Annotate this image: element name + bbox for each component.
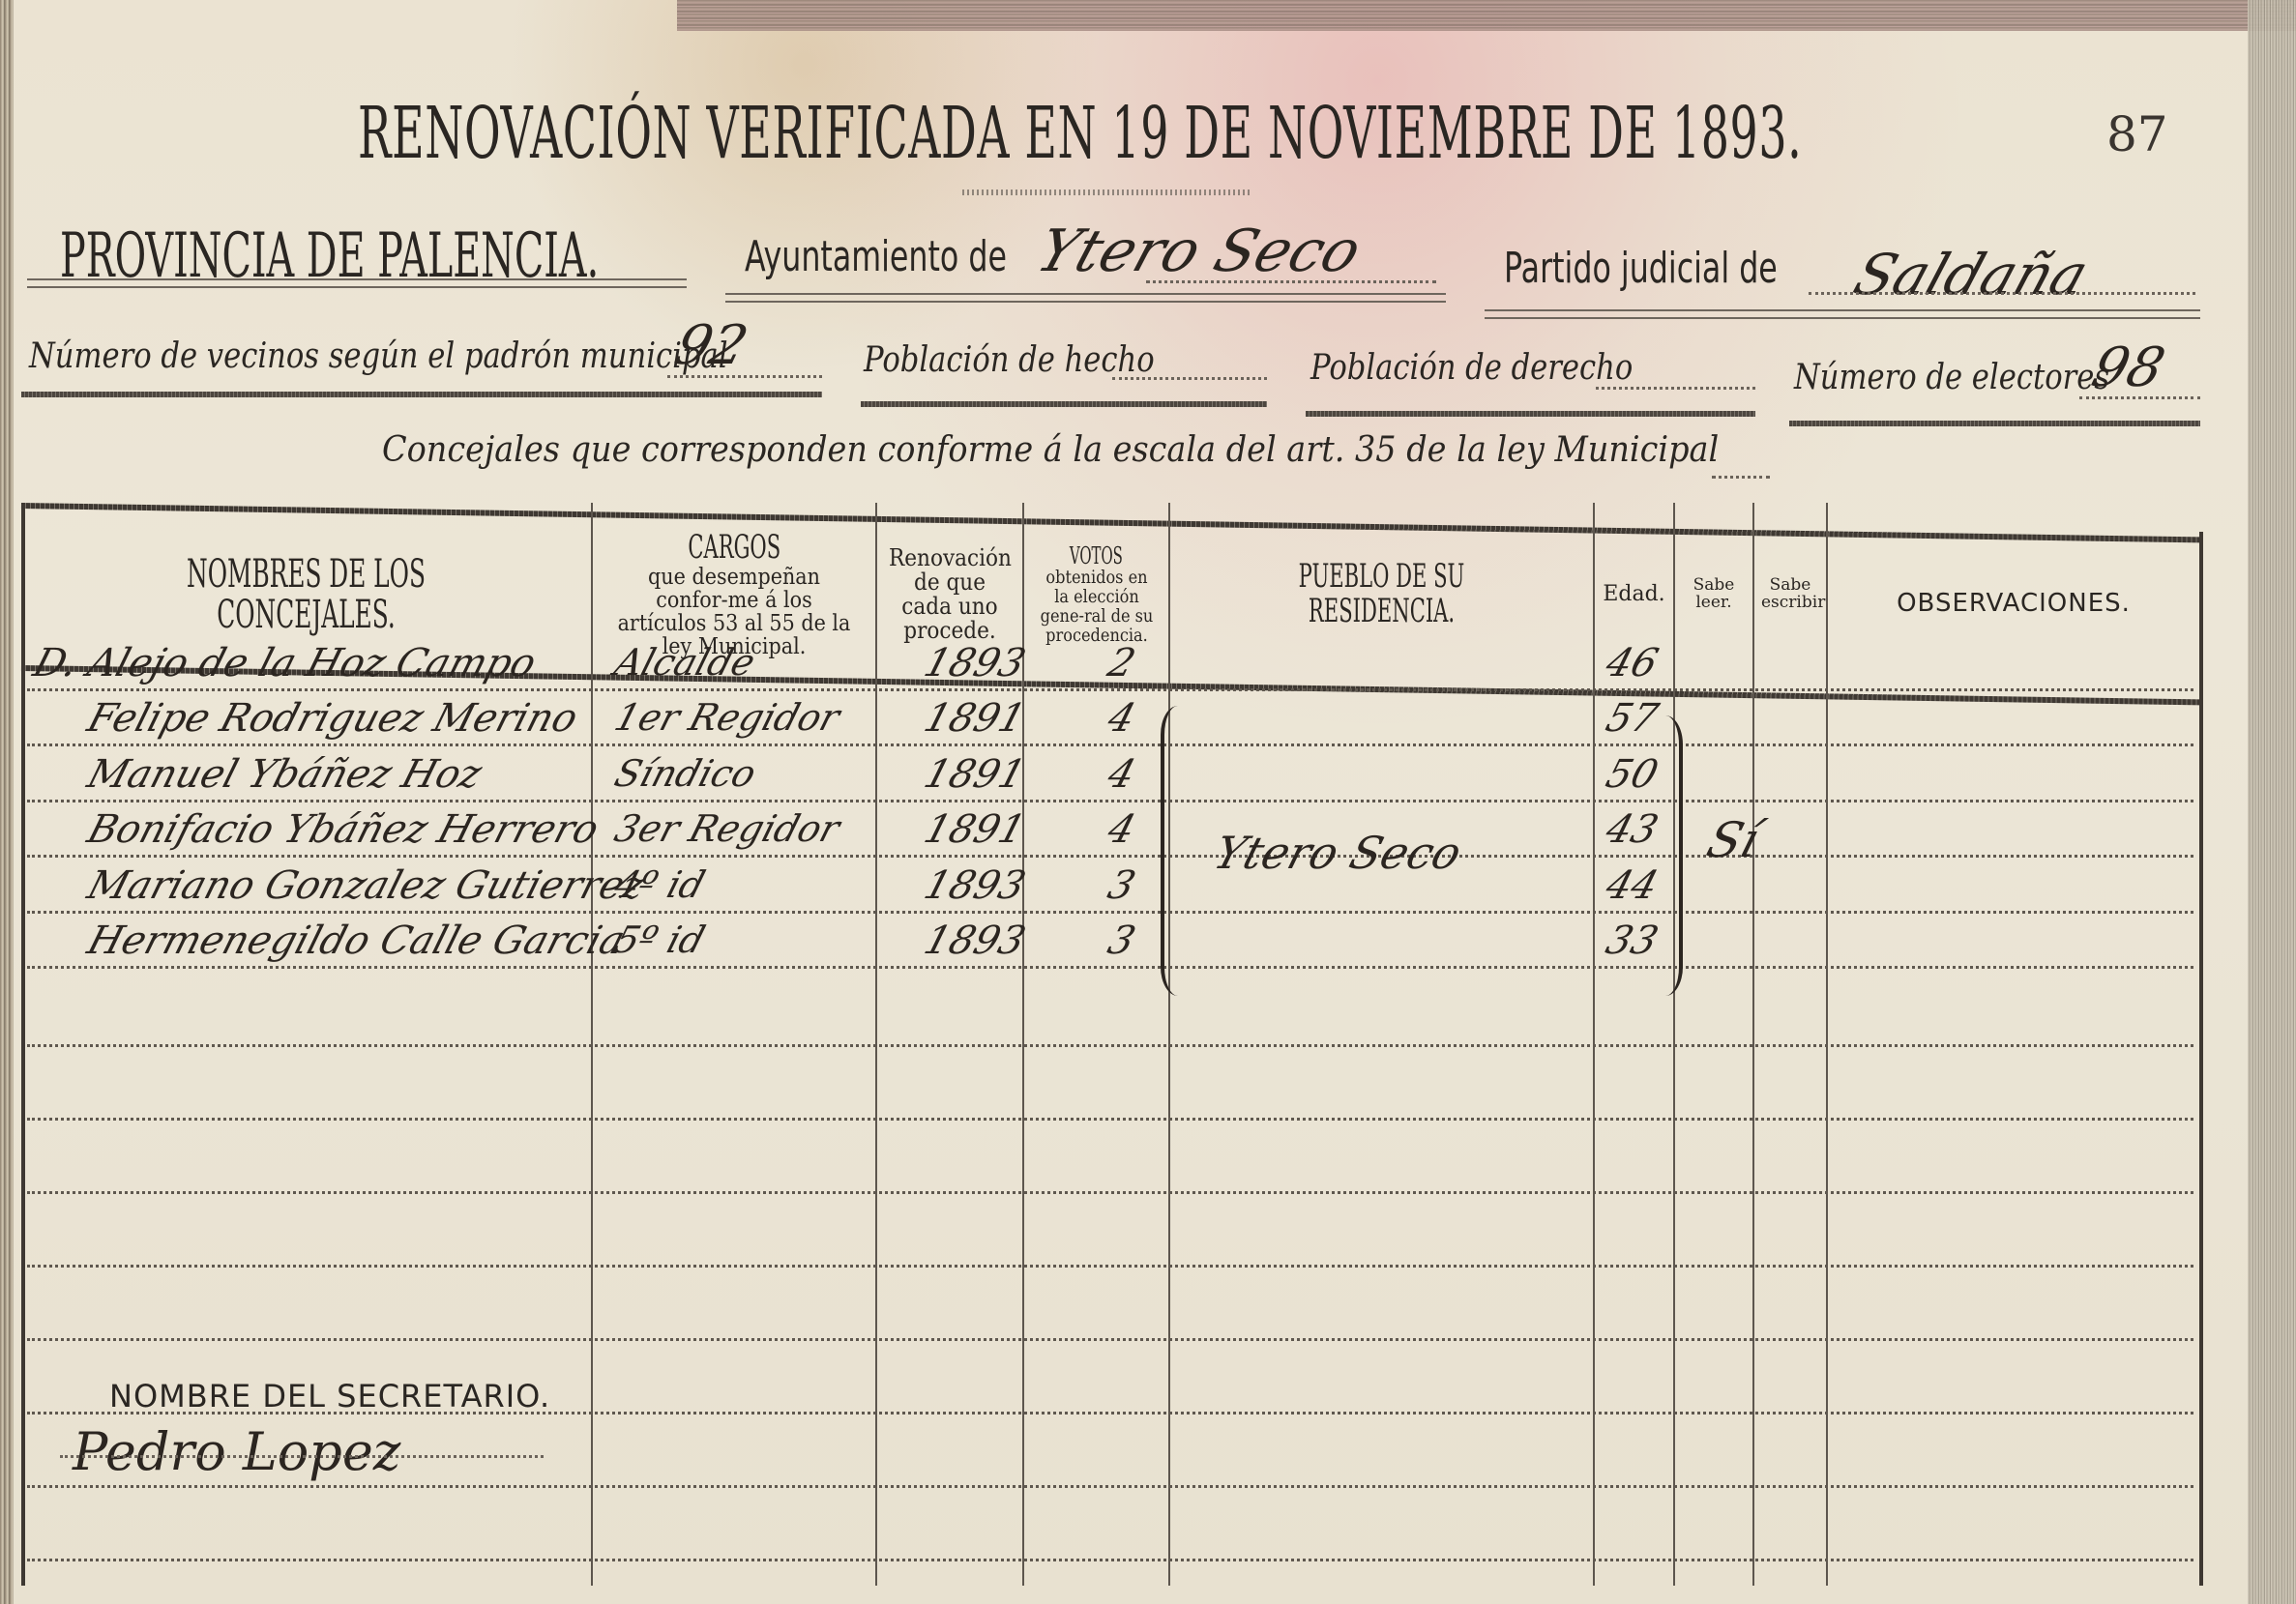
- header-votos-sub: obtenidos en la elección gene-ral de su …: [1039, 569, 1154, 646]
- row-nombre: Felipe Rodriguez Merino: [82, 696, 582, 741]
- vecinos-value: 92: [668, 314, 754, 377]
- row-line: [27, 800, 2193, 802]
- row-line: [27, 1191, 2193, 1194]
- row-cargo: 3er Regidor: [610, 807, 844, 850]
- row-edad: 50: [1601, 752, 1663, 797]
- electores-value: 98: [2085, 336, 2171, 399]
- provincia-rule: [27, 278, 687, 288]
- row-edad: 57: [1601, 696, 1663, 741]
- row-edad: 33: [1601, 919, 1663, 963]
- row-nombre: Alejo de la Hoz Campo: [82, 641, 541, 685]
- header-renovacion-label: Renovación de que cada uno procede.: [889, 546, 1011, 644]
- row-line: [27, 966, 2193, 969]
- vecinos-label: Número de vecinos según el padrón munici…: [29, 336, 728, 376]
- ayuntamiento-dotted-line: [1146, 280, 1436, 283]
- row-cargo: 5º id: [610, 919, 710, 961]
- vecinos-rule: [21, 392, 822, 397]
- title-flourish: [962, 190, 1252, 195]
- header-pueblo: PUEBLO DE SU RESIDENCIA.: [1170, 522, 1593, 667]
- concejales-subtitle: Concejales que corresponden conforme á l…: [382, 430, 1719, 470]
- page-title: RENOVACIÓN VERIFICADA EN 19 DE NOVIEMBRE…: [358, 92, 1869, 175]
- row-nombre: Hermenegildo Calle Garcia: [82, 919, 630, 963]
- poblacion-hecho-dotted-line: [1112, 377, 1267, 380]
- row-line: [27, 1338, 2193, 1341]
- ayuntamiento-label: Ayuntamiento de: [745, 232, 1007, 281]
- row-nombre: Manuel Ybáñez Hoz: [82, 752, 486, 797]
- row-line: [27, 1265, 2193, 1268]
- secretary-label: NOMBRE DEL SECRETARIO.: [109, 1378, 550, 1414]
- poblacion-hecho-label: Población de hecho: [864, 340, 1155, 380]
- row-renovacion: 1891: [919, 752, 1030, 797]
- row-nombre: Mariano Gonzalez Gutierrez: [82, 863, 650, 908]
- row-line: [27, 1044, 2193, 1047]
- row-line: [27, 911, 2193, 914]
- poblacion-derecho-label: Población de derecho: [1310, 348, 1633, 388]
- row-cargo: Alcalde: [610, 641, 760, 684]
- header-nombres-label: NOMBRES DE LOS CONCEJALES.: [130, 554, 483, 635]
- page-number: 87: [2106, 106, 2168, 162]
- row-line: [27, 744, 2193, 746]
- row-cargo: Síndico: [610, 752, 761, 795]
- partido-dotted-line: [1809, 292, 2195, 295]
- book-left-edge: [0, 0, 14, 1604]
- row-votos: 3: [1103, 919, 1140, 963]
- row-votos: 3: [1103, 863, 1140, 908]
- book-right-edge: [2248, 0, 2296, 1604]
- header-sabe-escribir-label: Sabe escribir: [1761, 577, 1819, 612]
- header-sabe-leer-label: Sabe leer.: [1685, 577, 1743, 612]
- row-line: [27, 1559, 2193, 1561]
- grouped-sabe-value: Sí: [1701, 812, 1766, 868]
- row-renovacion: 1893: [919, 919, 1030, 963]
- poblacion-derecho-dotted-line: [1596, 387, 1755, 390]
- header-observaciones-label: OBSERVACIONES.: [1897, 591, 2131, 617]
- electores-dotted-line: [2079, 396, 2200, 399]
- secretary-value: Pedro Lopez: [73, 1421, 400, 1482]
- book-top-edge: [677, 0, 2296, 31]
- row-line: [27, 1485, 2193, 1488]
- electores-label: Número de electores: [1794, 358, 2109, 397]
- table-right-border: [2199, 532, 2203, 1586]
- row-line: [27, 855, 2193, 858]
- partido-label: Partido judicial de: [1504, 244, 1778, 293]
- poblacion-derecho-rule: [1306, 411, 1755, 417]
- header-sabe-leer: Sabe leer.: [1675, 522, 1752, 667]
- row-nombre: Bonifacio Ybáñez Herrero: [82, 807, 603, 852]
- pueblo-brace: [1161, 706, 1178, 996]
- row-renovacion: 1891: [919, 807, 1030, 852]
- ayuntamiento-rule: [725, 293, 1446, 303]
- header-observaciones: OBSERVACIONES.: [1828, 532, 2199, 677]
- row-edad: 43: [1601, 807, 1663, 852]
- header-votos-title: VOTOS: [1070, 544, 1123, 569]
- ayuntamiento-value: Ytero Seco: [1029, 218, 1369, 285]
- header-votos: VOTOS obtenidos en la elección gene-ral …: [1024, 522, 1168, 667]
- row-line: [27, 688, 2193, 691]
- grouped-pueblo-value: Ytero Seco: [1208, 827, 1467, 879]
- row-renovacion: 1891: [919, 696, 1030, 741]
- vecinos-dotted-line: [667, 375, 822, 378]
- header-pueblo-label: PUEBLO DE SU RESIDENCIA.: [1251, 560, 1513, 628]
- concejales-dotted-line: [1712, 476, 1770, 479]
- secretary-dotted-line: [60, 1455, 544, 1458]
- row-renovacion: 1893: [919, 863, 1030, 908]
- ledger-page: RENOVACIÓN VERIFICADA EN 19 DE NOVIEMBRE…: [0, 0, 2296, 1604]
- partido-value: Saldaña: [1846, 242, 2097, 307]
- header-cargos-title: CARGOS: [688, 531, 780, 566]
- edad-brace: [1665, 715, 1683, 996]
- row-line: [27, 1118, 2193, 1121]
- row-votos: 4: [1103, 807, 1140, 852]
- poblacion-hecho-rule: [861, 401, 1267, 407]
- row-cargo: 4º id: [610, 863, 710, 906]
- header-edad-label: Edad.: [1603, 583, 1664, 605]
- row-renovacion: 1893: [919, 641, 1030, 685]
- row-votos: 4: [1103, 752, 1140, 797]
- row-edad: 44: [1601, 863, 1663, 908]
- row-votos: 4: [1103, 696, 1140, 741]
- electores-rule: [1789, 421, 2200, 426]
- row-cargo: 1er Regidor: [610, 696, 844, 739]
- header-sabe-escribir: Sabe escribir: [1754, 522, 1826, 667]
- partido-rule: [1485, 309, 2200, 319]
